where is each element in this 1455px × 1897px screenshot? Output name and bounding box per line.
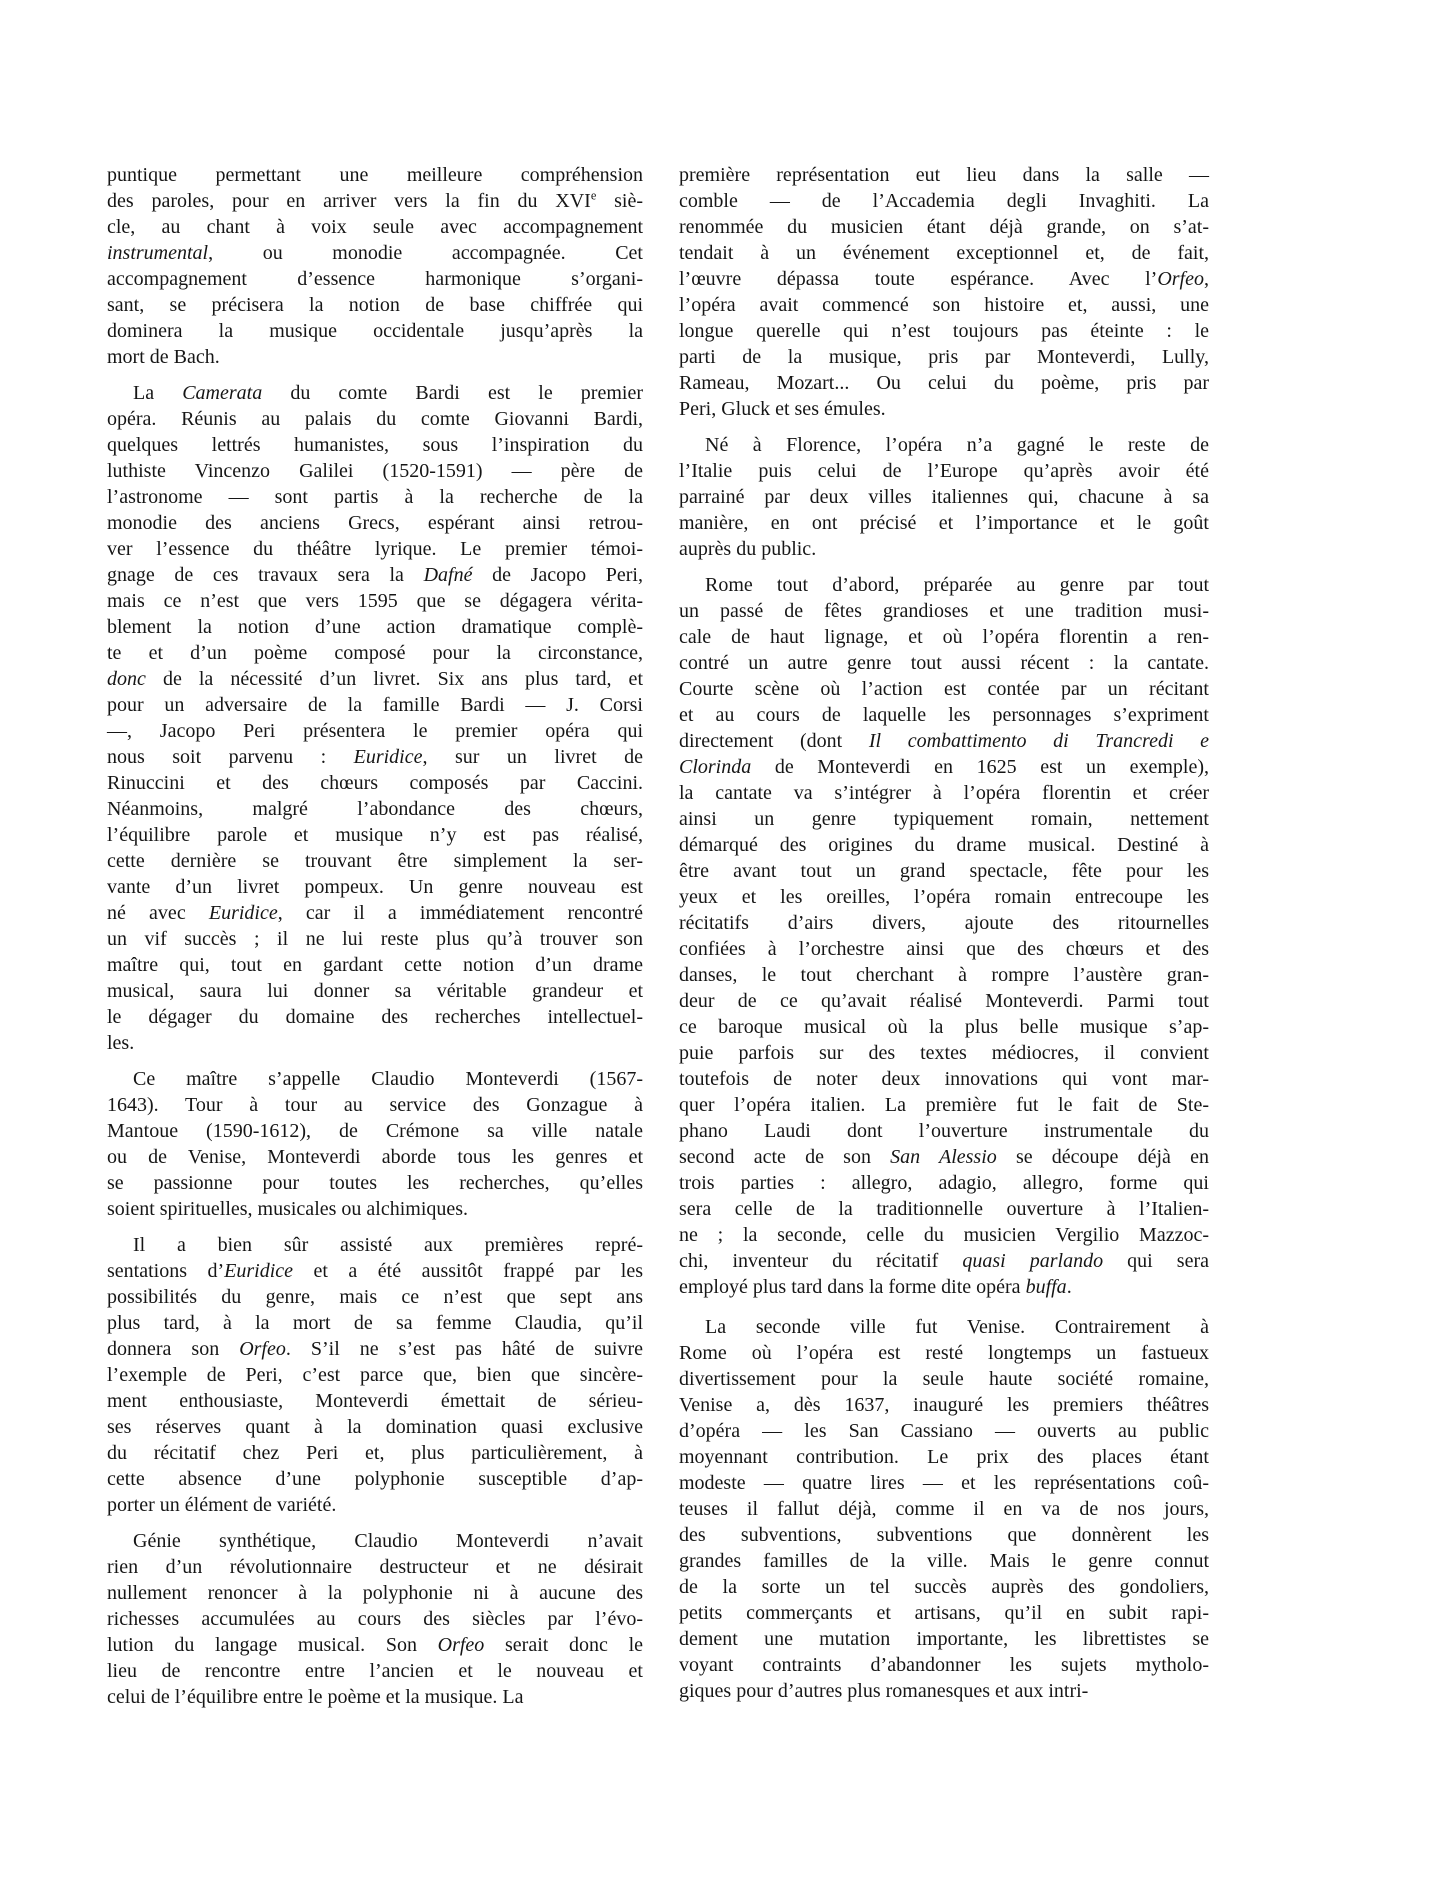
text-line: Rome tout d’abord, préparée au genre par… bbox=[679, 572, 1209, 598]
scanned-book-page: puntique permettant une meilleure compré… bbox=[0, 0, 1455, 1897]
text-line: celui de l’équilibre entre le poème et l… bbox=[107, 1684, 643, 1710]
text-line: cale de haut lignage, et où l’opéra flor… bbox=[679, 624, 1209, 650]
text-line: manière, en ont précisé et l’importance … bbox=[679, 510, 1209, 536]
text-line: Courte scène où l’action est contée par … bbox=[679, 676, 1209, 702]
text-line: Rinuccini et des chœurs composés par Cac… bbox=[107, 770, 643, 796]
text-line: monodie des anciens Grecs, espérant ains… bbox=[107, 510, 643, 536]
paragraph: Né à Florence, l’opéra n’a gagné le rest… bbox=[679, 432, 1209, 562]
text-line: porter un élément de variété. bbox=[107, 1492, 643, 1518]
text-line: être avant tout un grand spectacle, fête… bbox=[679, 858, 1209, 884]
text-line: première représentation eut lieu dans la… bbox=[679, 162, 1209, 188]
text-line: mais ce n’est que vers 1595 que se dégag… bbox=[107, 588, 643, 614]
text-line: parrainé par deux villes italiennes qui,… bbox=[679, 484, 1209, 510]
text-line: l’œuvre dépassa toute espérance. Avec l’… bbox=[679, 266, 1209, 292]
text-line: La Camerata du comte Bardi est le premie… bbox=[107, 380, 643, 406]
text-column-right: première représentation eut lieu dans la… bbox=[679, 162, 1209, 1704]
text-line: opéra. Réunis au palais du comte Giovann… bbox=[107, 406, 643, 432]
text-line: l’équilibre parole et musique n’y est pa… bbox=[107, 822, 643, 848]
text-line: ver l’essence du théâtre lyrique. Le pre… bbox=[107, 536, 643, 562]
text-line: yeux et les oreilles, l’opéra romain ent… bbox=[679, 884, 1209, 910]
text-line: petits commerçants et artisans, qu’il en… bbox=[679, 1600, 1209, 1626]
text-line: Rome où l’opéra est resté longtemps un f… bbox=[679, 1340, 1209, 1366]
text-line: puntique permettant une meilleure compré… bbox=[107, 162, 643, 188]
text-line: modeste — quatre lires — et les représen… bbox=[679, 1470, 1209, 1496]
paragraph: La seconde ville fut Venise. Contraireme… bbox=[679, 1314, 1209, 1704]
text-line: rien d’un révolutionnaire destructeur et… bbox=[107, 1554, 643, 1580]
text-line: La seconde ville fut Venise. Contraireme… bbox=[679, 1314, 1209, 1340]
text-line: renommée du musicien étant déjà grande, … bbox=[679, 214, 1209, 240]
text-line: teuses il fallut déjà, comme il en va de… bbox=[679, 1496, 1209, 1522]
text-line: ou de Venise, Monteverdi aborde tous les… bbox=[107, 1144, 643, 1170]
text-line: ce baroque musical où la plus belle musi… bbox=[679, 1014, 1209, 1040]
text-line: possibilités du genre, mais ce n’est que… bbox=[107, 1284, 643, 1310]
text-line: Clorinda de Monteverdi en 1625 est un ex… bbox=[679, 754, 1209, 780]
text-line: tendait à un événement exceptionnel et, … bbox=[679, 240, 1209, 266]
text-line: un passé de fêtes grandioses et une trad… bbox=[679, 598, 1209, 624]
text-line: lieu de rencontre entre l’ancien et le n… bbox=[107, 1658, 643, 1684]
text-line: directement (dont Il combattimento di Tr… bbox=[679, 728, 1209, 754]
text-line: Ce maître s’appelle Claudio Monteverdi (… bbox=[107, 1066, 643, 1092]
text-line: ses réserves quant à la domination quasi… bbox=[107, 1414, 643, 1440]
text-line: les. bbox=[107, 1030, 643, 1056]
text-line: sera celle de la traditionnelle ouvertur… bbox=[679, 1196, 1209, 1222]
text-line: sentations d’Euridice et a été aussitôt … bbox=[107, 1258, 643, 1284]
paragraph: Rome tout d’abord, préparée au genre par… bbox=[679, 572, 1209, 1300]
text-line: et au cours de laquelle les personnages … bbox=[679, 702, 1209, 728]
text-line: Il a bien sûr assisté aux premières repr… bbox=[107, 1232, 643, 1258]
text-line: toutefois de noter deux innovations qui … bbox=[679, 1066, 1209, 1092]
text-line: cette absence d’une polyphonie susceptib… bbox=[107, 1466, 643, 1492]
text-line: dominera la musique occidentale jusqu’ap… bbox=[107, 318, 643, 344]
text-line: comble — de l’Accademia degli Invaghiti.… bbox=[679, 188, 1209, 214]
text-line: cette dernière se trouvant être simpleme… bbox=[107, 848, 643, 874]
paragraph: Il a bien sûr assisté aux premières repr… bbox=[107, 1232, 643, 1518]
paragraph: Génie synthétique, Claudio Monteverdi n’… bbox=[107, 1528, 643, 1710]
text-line: Rameau, Mozart... Ou celui du poème, pri… bbox=[679, 370, 1209, 396]
paragraph: La Camerata du comte Bardi est le premie… bbox=[107, 380, 643, 1056]
text-line: mort de Bach. bbox=[107, 344, 643, 370]
text-line: d’opéra — les San Cassiano — ouverts au … bbox=[679, 1418, 1209, 1444]
text-line: longue querelle qui n’est toujours pas é… bbox=[679, 318, 1209, 344]
text-line: donnera son Orfeo. S’il ne s’est pas hât… bbox=[107, 1336, 643, 1362]
text-line: grandes familles de la ville. Mais le ge… bbox=[679, 1548, 1209, 1574]
text-line: voyant contraints d’abandonner les sujet… bbox=[679, 1652, 1209, 1678]
text-line: trois parties : allegro, adagio, allegro… bbox=[679, 1170, 1209, 1196]
superscript-text: e bbox=[591, 188, 597, 202]
text-line: pour un adversaire de la famille Bardi —… bbox=[107, 692, 643, 718]
text-line: moyennant contribution. Le prix des plac… bbox=[679, 1444, 1209, 1470]
text-line: ment enthousiaste, Monteverdi émettait d… bbox=[107, 1388, 643, 1414]
text-line: soient spirituelles, musicales ou alchim… bbox=[107, 1196, 643, 1222]
text-line: instrumental, ou monodie accompagnée. Ce… bbox=[107, 240, 643, 266]
text-line: confiées à l’orchestre ainsi que des chœ… bbox=[679, 936, 1209, 962]
text-line: Mantoue (1590-1612), de Crémone sa ville… bbox=[107, 1118, 643, 1144]
text-line: phano Laudi dont l’ouverture instrumenta… bbox=[679, 1118, 1209, 1144]
paragraph: première représentation eut lieu dans la… bbox=[679, 162, 1209, 422]
text-line: récitatifs d’airs divers, ajoute des rit… bbox=[679, 910, 1209, 936]
text-line: ne ; la seconde, celle du musicien Vergi… bbox=[679, 1222, 1209, 1248]
text-line: musical, saura lui donner sa véritable g… bbox=[107, 978, 643, 1004]
text-line: richesses accumulées au cours des siècle… bbox=[107, 1606, 643, 1632]
text-line: donc de la nécessité d’un livret. Six an… bbox=[107, 666, 643, 692]
text-line: le dégager du domaine des recherches int… bbox=[107, 1004, 643, 1030]
text-line: 1643). Tour à tour au service des Gonzag… bbox=[107, 1092, 643, 1118]
text-line: quelques lettrés humanistes, sous l’insp… bbox=[107, 432, 643, 458]
text-line: de la sorte un tel succès auprès des gon… bbox=[679, 1574, 1209, 1600]
text-line: nous soit parvenu : Euridice, sur un liv… bbox=[107, 744, 643, 770]
text-line: plus tard, à la mort de sa femme Claudia… bbox=[107, 1310, 643, 1336]
text-line: deur de ce qu’avait réalisé Monteverdi. … bbox=[679, 988, 1209, 1014]
text-line: quer l’opéra italien. La première fut le… bbox=[679, 1092, 1209, 1118]
text-line: sant, se précisera la notion de base chi… bbox=[107, 292, 643, 318]
text-line: Peri, Gluck et ses émules. bbox=[679, 396, 1209, 422]
text-line: divertissement pour la seule haute socié… bbox=[679, 1366, 1209, 1392]
text-line: l’astronome — sont partis à la recherche… bbox=[107, 484, 643, 510]
text-line: du récitatif chez Peri et, plus particul… bbox=[107, 1440, 643, 1466]
text-line: des paroles, pour en arriver vers la fin… bbox=[107, 188, 643, 214]
text-line: parti de la musique, pris par Monteverdi… bbox=[679, 344, 1209, 370]
text-line: —, Jacopo Peri présentera le premier opé… bbox=[107, 718, 643, 744]
text-line: Néanmoins, malgré l’abondance des chœurs… bbox=[107, 796, 643, 822]
text-line: nullement renoncer à la polyphonie ni à … bbox=[107, 1580, 643, 1606]
text-line: lution du langage musical. Son Orfeo ser… bbox=[107, 1632, 643, 1658]
text-line: vante d’un livret pompeux. Un genre nouv… bbox=[107, 874, 643, 900]
text-line: puie parfois sur des textes médiocres, i… bbox=[679, 1040, 1209, 1066]
text-line: cle, au chant à voix seule avec accompag… bbox=[107, 214, 643, 240]
text-line: giques pour d’autres plus romanesques et… bbox=[679, 1678, 1209, 1704]
text-line: contré un autre genre tout aussi récent … bbox=[679, 650, 1209, 676]
text-line: luthiste Vincenzo Galilei (1520-1591) — … bbox=[107, 458, 643, 484]
text-line: Né à Florence, l’opéra n’a gagné le rest… bbox=[679, 432, 1209, 458]
text-line: employé plus tard dans la forme dite opé… bbox=[679, 1274, 1209, 1300]
text-column-left: puntique permettant une meilleure compré… bbox=[107, 162, 643, 1710]
text-line: des subventions, subventions que donnère… bbox=[679, 1522, 1209, 1548]
text-line: l’Italie puis celui de l’Europe qu’après… bbox=[679, 458, 1209, 484]
text-line: la cantate va s’intégrer à l’opéra flore… bbox=[679, 780, 1209, 806]
text-line: démarqué des origines du drame musical. … bbox=[679, 832, 1209, 858]
text-line: maître qui, tout en gardant cette notion… bbox=[107, 952, 643, 978]
text-line: Venise a, dès 1637, inauguré les premier… bbox=[679, 1392, 1209, 1418]
text-line: ainsi un genre typiquement romain, nette… bbox=[679, 806, 1209, 832]
text-line: te et d’un poème composé pour la circons… bbox=[107, 640, 643, 666]
text-line: accompagnement d’essence harmonique s’or… bbox=[107, 266, 643, 292]
text-line: Génie synthétique, Claudio Monteverdi n’… bbox=[107, 1528, 643, 1554]
text-line: second acte de son San Alessio se découp… bbox=[679, 1144, 1209, 1170]
text-line: l’opéra avait commencé son histoire et, … bbox=[679, 292, 1209, 318]
paragraph: Ce maître s’appelle Claudio Monteverdi (… bbox=[107, 1066, 643, 1222]
text-line: chi, inventeur du récitatif quasi parlan… bbox=[679, 1248, 1209, 1274]
text-line: se passionne pour toutes les recherches,… bbox=[107, 1170, 643, 1196]
text-line: blement la notion d’une action dramatiqu… bbox=[107, 614, 643, 640]
text-line: l’exemple de Peri, c’est parce que, bien… bbox=[107, 1362, 643, 1388]
text-line: dement une mutation importante, les libr… bbox=[679, 1626, 1209, 1652]
text-line: auprès du public. bbox=[679, 536, 1209, 562]
text-line: gnage de ces travaux sera la Dafné de Ja… bbox=[107, 562, 643, 588]
text-line: danses, le tout cherchant à rompre l’aus… bbox=[679, 962, 1209, 988]
paragraph: puntique permettant une meilleure compré… bbox=[107, 162, 643, 370]
text-line: un vif succès ; il ne lui reste plus qu’… bbox=[107, 926, 643, 952]
text-line: né avec Euridice, car il a immédiatement… bbox=[107, 900, 643, 926]
